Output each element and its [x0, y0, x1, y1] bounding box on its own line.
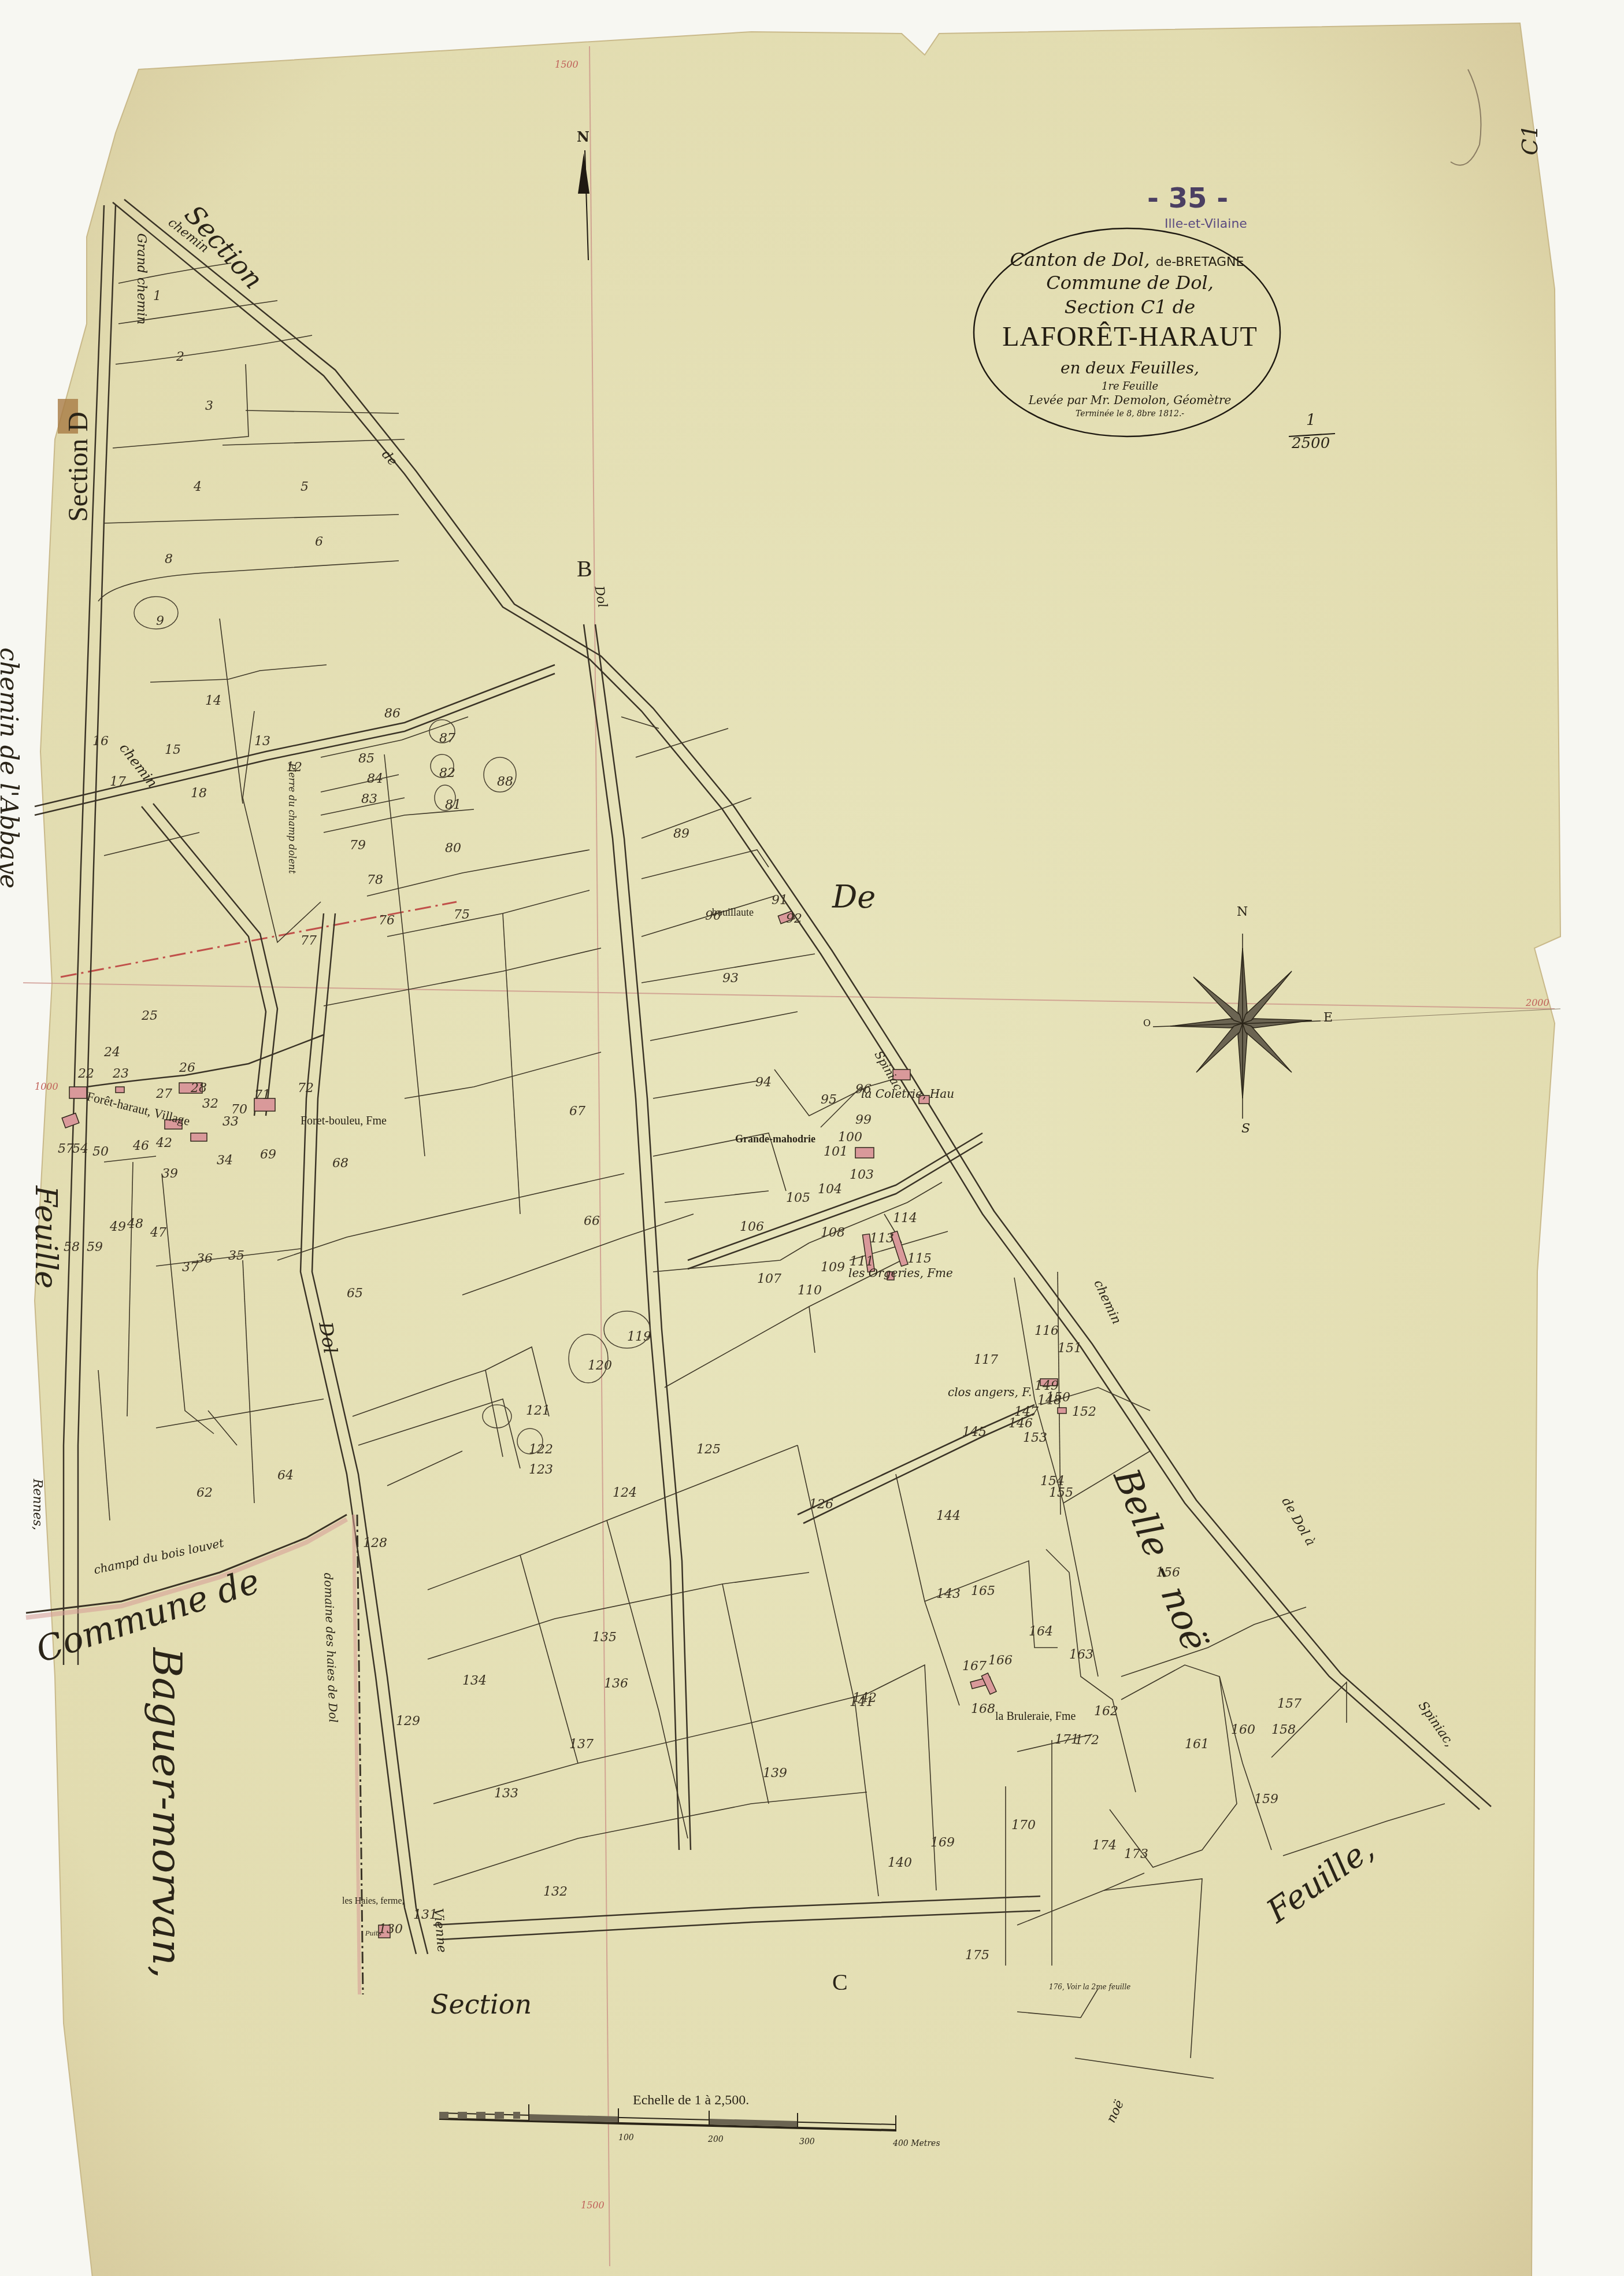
grid-mark-bottom: 1500 — [581, 2200, 605, 2211]
parcel-number: 9 — [156, 614, 164, 628]
sheet-code: C1 — [1517, 124, 1543, 155]
parcel-number: 101 — [824, 1145, 848, 1159]
grid-mark-top: 1500 — [555, 59, 579, 70]
parcel-number: 50 — [92, 1145, 109, 1159]
parcel-number: 136 — [604, 1677, 628, 1691]
parcel-number: 15 — [165, 743, 181, 757]
compass-north: N — [1237, 905, 1248, 919]
cartouche-title: LAFORÊT-HARAUT — [994, 321, 1266, 353]
parcel-number: 110 — [798, 1283, 822, 1298]
parcel-number: 113 — [870, 1231, 894, 1246]
parcel-number: 72 — [298, 1081, 314, 1096]
parcel-number: 23 — [113, 1067, 129, 1081]
parcel-number: 49 — [110, 1220, 126, 1234]
place-les-haies: les Haies, ferme, — [342, 1896, 405, 1907]
parcel-number: 25 — [142, 1009, 158, 1023]
parcel-number: 134 — [462, 1674, 487, 1688]
parcel-number: 57 — [58, 1142, 74, 1156]
parcel-number: 95 — [821, 1093, 837, 1107]
parcel-number: 130 — [379, 1922, 403, 1937]
parcel-number: 77 — [301, 934, 317, 948]
parcel-number: 12 — [286, 760, 302, 775]
scale-tick-200: 200 — [708, 2135, 724, 2144]
cartouche-surveyor: Levée par Mr. Demolon, Géomètre — [994, 393, 1266, 407]
parcel-number: 2 — [176, 350, 184, 364]
parcel-number: 24 — [104, 1045, 120, 1060]
place-clos-angers: clos angers, F. — [948, 1385, 1032, 1399]
parcel-number: 14 — [205, 694, 221, 708]
parcel-number: 163 — [1069, 1648, 1093, 1662]
cartouche-sheet-number: 1re Feuille — [994, 380, 1266, 393]
parcel-number: 3 — [205, 399, 213, 413]
parcel-number: 125 — [696, 1442, 721, 1457]
parcel-number: 129 — [396, 1714, 420, 1729]
parcel-number: 108 — [821, 1226, 845, 1240]
parcel-number: 122 — [529, 1442, 553, 1457]
parcel-number: 105 — [786, 1191, 810, 1205]
parcel-number: 107 — [757, 1272, 781, 1286]
grid-mark-right: 2000 — [1526, 997, 1549, 1008]
parcel-number: 85 — [358, 752, 375, 766]
parcel-number: 160 — [1231, 1723, 1255, 1737]
parcel-number: 111 — [850, 1254, 874, 1269]
parcel-number: 88 — [497, 775, 513, 789]
parcel-number: 167 — [962, 1659, 987, 1674]
parcel-number: 92 — [786, 912, 802, 926]
parcel-number: 22 — [78, 1067, 94, 1081]
parcel-number: 78 — [367, 873, 383, 887]
scale-fraction-numerator: 1 — [1306, 412, 1316, 429]
grid-mark-left: 1000 — [35, 1081, 58, 1092]
scale-fraction-denominator: 2500 — [1292, 435, 1330, 452]
parcel-number: 144 — [936, 1509, 961, 1523]
parcel-number: 126 — [809, 1497, 833, 1512]
parcel-number: 164 — [1029, 1624, 1053, 1639]
parcel-number: 70 — [231, 1102, 247, 1117]
parcel-number: 142 — [852, 1691, 877, 1705]
parcel-number: 139 — [763, 1766, 787, 1781]
parcel-number: 117 — [974, 1353, 998, 1367]
label-section-left: Section D — [62, 412, 94, 522]
parcel-number: 128 — [363, 1536, 387, 1550]
parcel-number: 65 — [347, 1286, 363, 1301]
parcel-number: 147 — [1014, 1405, 1039, 1419]
cartouche-date: Terminée le 8, 8bre 1812.- — [994, 409, 1266, 419]
label-feuille-left: Feuille — [28, 1186, 63, 1289]
parcel-number: 36 — [196, 1252, 213, 1266]
road-chemin-abbaye: chemin de l'Abbaye — [0, 647, 23, 889]
parcel-number: 137 — [569, 1737, 594, 1752]
parcel-number: 114 — [893, 1211, 917, 1226]
parcel-number: 135 — [592, 1630, 617, 1645]
parcel-number: 84 — [367, 772, 383, 786]
compass-east: E — [1323, 1011, 1333, 1025]
parcel-number: 16 — [92, 734, 109, 749]
scale-tick-300: 300 — [799, 2137, 815, 2147]
place-foret-bouleu: Foret-bouleu, Fme — [301, 1115, 387, 1128]
compass-west: O — [1143, 1017, 1151, 1028]
parcel-number: 174 — [1092, 1838, 1117, 1853]
parcel-number: 90 — [705, 909, 721, 923]
parcel-number: 58 — [64, 1240, 80, 1254]
compass-south: S — [1241, 1122, 1250, 1136]
canton-text: Canton de Dol, — [1010, 249, 1150, 271]
parcel-number: 83 — [361, 792, 377, 806]
archive-stamp-department: Ille-et-Vilaine — [1165, 217, 1247, 231]
scale-tick-400: 400 Metres — [893, 2139, 940, 2148]
cadastral-map-sheet: - 35 - Ille-et-Vilaine C1 Canton de Dol,… — [0, 0, 1624, 2276]
parcel-number: 80 — [445, 841, 461, 856]
parcel-number: 66 — [584, 1214, 600, 1228]
scale-bar-title: Echelle de 1 à 2,500. — [633, 2093, 749, 2108]
label-de-right: De — [832, 879, 876, 915]
road-pierre-du-champ: Pierre du champ dolent — [287, 763, 298, 874]
cartouche-canton: Canton de Dol, de-BRETAGNE — [988, 249, 1266, 271]
parcel-number: 67 — [569, 1104, 585, 1119]
parcel-number: 172 — [1075, 1733, 1099, 1748]
parcel-number: 131 — [413, 1908, 437, 1922]
parcel-number: 94 — [755, 1075, 772, 1090]
parcel-number: 100 — [838, 1130, 862, 1145]
parcel-number: 120 — [588, 1359, 612, 1373]
parcel-number: 93 — [722, 971, 739, 986]
parcel-number: 76 — [379, 913, 395, 928]
parcel-number: 104 — [818, 1182, 842, 1197]
parcel-number: 47 — [150, 1226, 166, 1240]
parcel-number: 157 — [1277, 1697, 1302, 1711]
cartouche-sheets: en deux Feuilles, — [994, 358, 1266, 378]
north-arrow-label: N — [577, 128, 589, 145]
place-grande-mahodrie: Grande-mahodrie — [735, 1133, 815, 1145]
parcel-number: 109 — [821, 1260, 845, 1275]
label-letter-c: C — [832, 1968, 848, 1996]
parcel-number: 89 — [673, 827, 689, 841]
parcel-number: 64 — [277, 1468, 294, 1483]
parcel-number: 143 — [936, 1587, 961, 1601]
parcel-number: 161 — [1185, 1737, 1209, 1752]
label-letter-b: B — [577, 555, 592, 582]
parcel-number: 48 — [127, 1217, 143, 1231]
parcel-number: 169 — [930, 1835, 955, 1850]
parcel-number: 166 — [988, 1653, 1013, 1668]
archive-stamp-number: - 35 - — [1147, 182, 1228, 214]
parcel-number: 150 — [1046, 1390, 1070, 1405]
parcel-number: 59 — [87, 1240, 103, 1254]
parcel-number: 39 — [162, 1167, 178, 1181]
parcel-number: 86 — [384, 706, 401, 721]
parcel-number: 34 — [217, 1153, 233, 1168]
parcel-number: 35 — [228, 1249, 244, 1263]
parcel-number: 17 — [110, 775, 126, 789]
parcel-number: 69 — [260, 1148, 276, 1162]
parcel-number: 32 — [202, 1097, 218, 1111]
road-de-rennes: Rennes, — [30, 1479, 45, 1530]
parcel-number: 13 — [254, 734, 270, 749]
parcel-number: 115 — [907, 1252, 932, 1266]
parcel-number: 87 — [439, 731, 455, 746]
cartouche: Canton de Dol, de-BRETAGNE Commune de Do… — [994, 243, 1266, 428]
parcel-number: 81 — [445, 798, 461, 812]
parcel-number: 155 — [1049, 1486, 1073, 1500]
parcel-number: 159 — [1254, 1792, 1278, 1807]
parcel-number: 145 — [962, 1425, 987, 1439]
parcel-176-note: 176, Voir la 2me feuille — [1049, 1983, 1130, 1991]
place-la-coletrie: la Coletrie, Hau — [861, 1087, 954, 1101]
road-grand-chemin: Grand chemin — [134, 233, 149, 324]
parcel-number: 175 — [965, 1948, 989, 1963]
parcel-number: 165 — [971, 1584, 995, 1598]
parcel-number: 71 — [254, 1088, 270, 1102]
parcel-number: 156 — [1156, 1566, 1180, 1580]
parcel-number: 68 — [332, 1156, 348, 1171]
parcel-number: 123 — [529, 1463, 553, 1477]
parcel-number: 4 — [194, 480, 202, 494]
parcel-number: 140 — [888, 1856, 912, 1870]
parcel-number: 132 — [543, 1885, 568, 1899]
parcel-number: 133 — [494, 1786, 518, 1801]
parcel-number: 28 — [191, 1081, 207, 1096]
parcel-number: 62 — [196, 1486, 213, 1500]
parcel-number: 8 — [165, 552, 173, 567]
parcel-number: 79 — [350, 838, 366, 853]
parcel-number: 82 — [439, 766, 455, 780]
parcel-number: 151 — [1058, 1341, 1082, 1356]
parcel-number: 46 — [133, 1139, 149, 1153]
parcel-number: 119 — [627, 1330, 651, 1344]
parcel-number: 37 — [182, 1260, 198, 1275]
parcel-number: 91 — [772, 893, 788, 908]
parcel-number: 116 — [1035, 1324, 1059, 1338]
parcel-number: 42 — [156, 1136, 172, 1150]
parcel-number: 173 — [1124, 1847, 1148, 1861]
parcel-number: 1 — [153, 289, 161, 304]
parcel-number: 121 — [526, 1404, 550, 1418]
scale-tick-100: 100 — [618, 2133, 634, 2142]
label-section-bottom: Section — [431, 1989, 532, 2020]
canton-annotation: de-BRETAGNE — [1156, 255, 1244, 269]
parcel-number: 106 — [740, 1220, 764, 1234]
parcel-number: 158 — [1271, 1723, 1296, 1737]
place-la-bruleraie: la Bruleraie, Fme — [995, 1710, 1076, 1723]
parcel-number: 103 — [850, 1168, 874, 1182]
parcel-number: 170 — [1011, 1818, 1036, 1833]
parcel-number: 54 — [72, 1142, 88, 1156]
parcel-number: 26 — [179, 1061, 195, 1075]
parcel-number: 18 — [191, 786, 207, 801]
parcel-number: 5 — [301, 480, 309, 494]
parcel-number: 162 — [1094, 1704, 1118, 1719]
parcel-number: 124 — [613, 1486, 637, 1500]
parcel-number: 96 — [855, 1082, 872, 1097]
label-baguer-morvan: Baguer-morvan, — [143, 1648, 191, 1978]
parcel-number: 75 — [454, 908, 470, 922]
parcel-number: 99 — [855, 1113, 872, 1127]
cartouche-commune: Commune de Dol, — [994, 272, 1266, 294]
parcel-number: 153 — [1023, 1431, 1047, 1445]
parcel-number: 27 — [156, 1087, 172, 1101]
parcel-number: 168 — [971, 1702, 995, 1716]
cartouche-section: Section C1 de — [994, 296, 1266, 318]
parcel-number: 152 — [1072, 1405, 1096, 1419]
parcel-number: 6 — [315, 535, 323, 549]
